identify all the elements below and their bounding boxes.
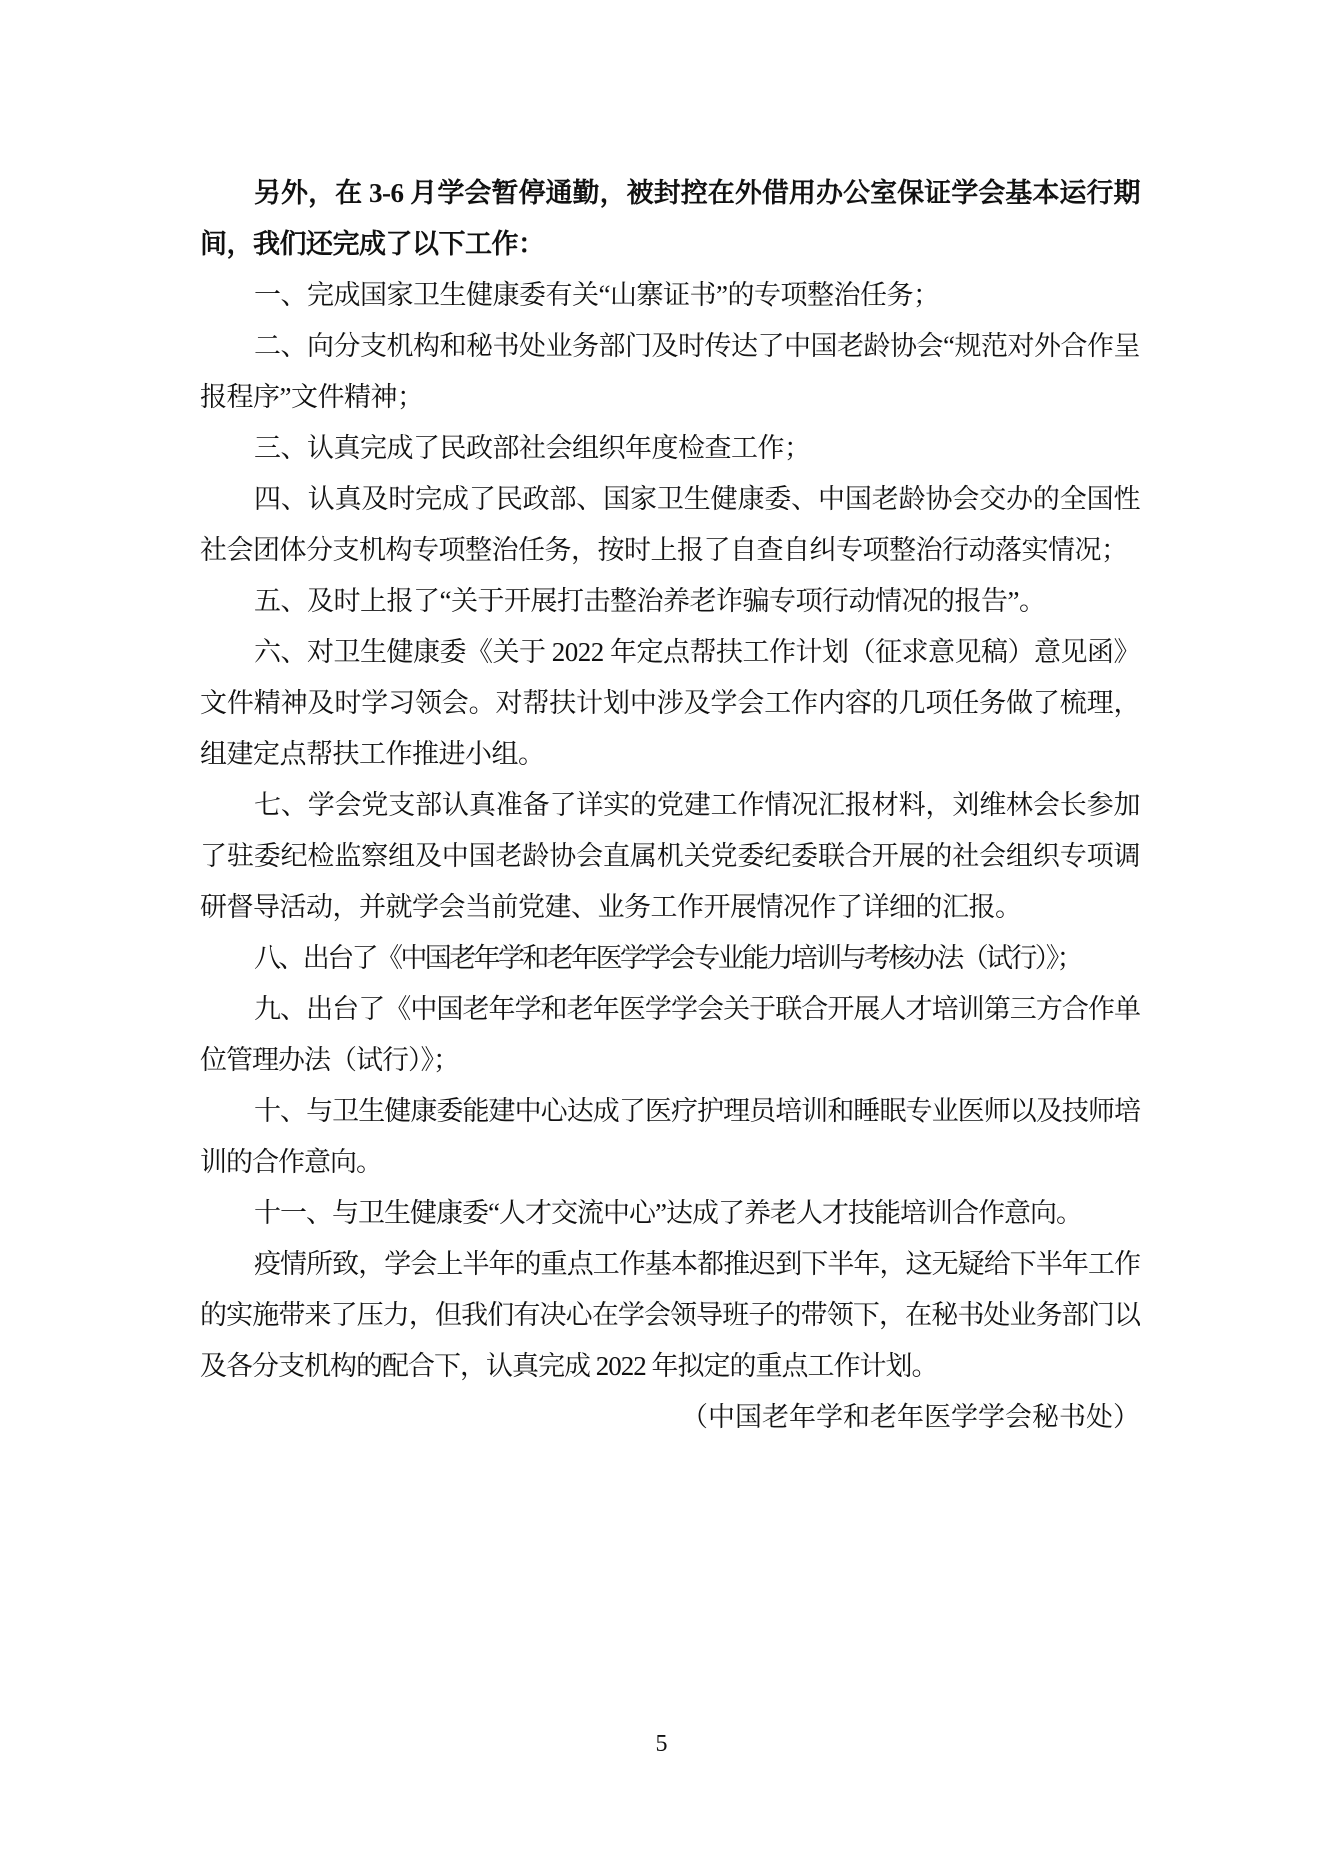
list-item-7: 七、学会党支部认真准备了详实的党建工作情况汇报材料，刘维林会长参加了驻委纪检监察… [200,780,1140,933]
list-item-6: 六、对卫生健康委《关于 2022 年定点帮扶工作计划（征求意见稿）意见函》文件精… [200,627,1140,780]
list-item-1: 一、完成国家卫生健康委有关“山寨证书”的专项整治任务； [200,270,1140,321]
list-item-11: 十一、与卫生健康委“人才交流中心”达成了养老人才技能培训合作意向。 [200,1188,1140,1239]
list-item-9: 九、出台了《中国老年学和老年医学学会关于联合开展人才培训第三方合作单位管理办法（… [200,984,1140,1086]
list-item-8: 八、出台了《中国老年学和老年医学学会专业能力培训与考核办法（试行）》； [200,933,1140,984]
list-item-10: 十、与卫生健康委能建中心达成了医疗护理员培训和睡眠专业医师以及技师培训的合作意向… [200,1086,1140,1188]
page-number: 5 [0,1729,1323,1759]
paragraph-intro: 另外，在 3-6 月学会暂停通勤，被封控在外借用办公室保证学会基本运行期间，我们… [200,168,1140,270]
body-text: 另外，在 3-6 月学会暂停通勤，被封控在外借用办公室保证学会基本运行期间，我们… [200,168,1140,1443]
document-page: 另外，在 3-6 月学会暂停通勤，被封控在外借用办公室保证学会基本运行期间，我们… [0,0,1323,1871]
list-item-4: 四、认真及时完成了民政部、国家卫生健康委、中国老龄协会交办的全国性社会团体分支机… [200,474,1140,576]
closing-paragraph: 疫情所致，学会上半年的重点工作基本都推迟到下半年，这无疑给下半年工作的实施带来了… [200,1239,1140,1392]
list-item-5: 五、及时上报了“关于开展打击整治养老诈骗专项行动情况的报告”。 [200,576,1140,627]
list-item-3: 三、认真完成了民政部社会组织年度检查工作； [200,423,1140,474]
signature-line: （中国老年学和老年医学学会秘书处） [200,1392,1140,1443]
list-item-2: 二、向分支机构和秘书处业务部门及时传达了中国老龄协会“规范对外合作呈报程序”文件… [200,321,1140,423]
